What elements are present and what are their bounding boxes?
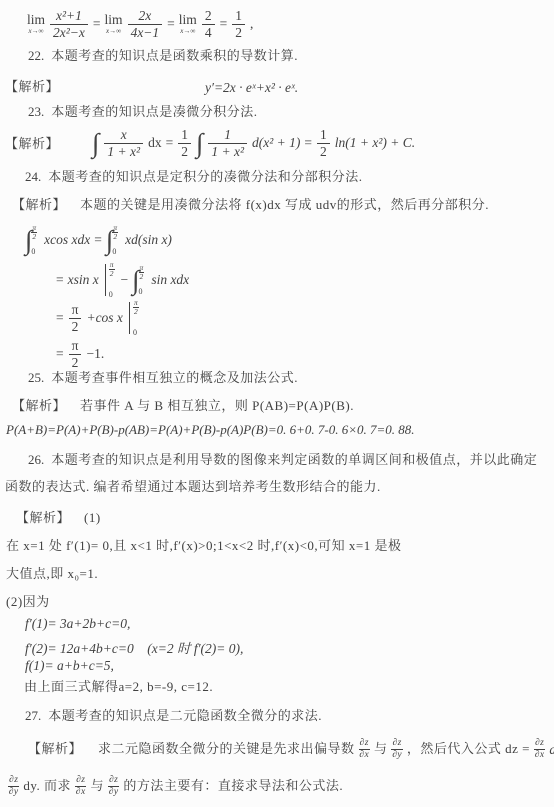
denominator: 2 [178, 143, 191, 160]
integral-bounds: π 2 0 [139, 264, 145, 296]
analysis-text: 与 [374, 741, 388, 758]
question-title: 本题考查的知识点是定积分的凑微分法和分部积分法. [48, 169, 362, 184]
q26-header-line1: 26.本题考查的知识点是利用导数的图像来判定函数的单调区间和极值点，并以此确定 [28, 452, 537, 469]
minus-sign: − [121, 272, 129, 288]
q27-header: 27.本题考查的知识点是二元隐函数全微分的求法. [25, 708, 322, 725]
bound-denominator: 2 [109, 270, 115, 278]
limit-operator: lim x→∞ [27, 13, 45, 35]
question-number: 22. [28, 48, 44, 63]
denominator: 2x²−x [50, 24, 88, 41]
analysis-text: 若事件 A 与 B 相互独立，则 P(AB)=P(A)P(B). [80, 398, 354, 413]
equals-sign: = [304, 135, 312, 151]
numerator: π [69, 338, 82, 354]
derivation-line-4: = π 2 −1. [56, 338, 104, 370]
analysis-text: dx + [549, 741, 554, 759]
upper-bound: π 2 [112, 224, 118, 242]
derivative-formula: y′=2x · eˣ+x² · eˣ. [205, 80, 298, 95]
conclusion-text: 由上面三式解得a=2, b=-9, c=12. [24, 679, 213, 694]
q22-header: 22.本题考查的知识点是函数乘积的导数计算. [28, 48, 298, 65]
lim-word: lim [105, 13, 123, 27]
q24-header: 24.本题考查的知识点是定积分的凑微分法和分部积分法. [25, 169, 363, 186]
denominator: 2 [69, 318, 82, 335]
integral-sign: ∫ [196, 131, 203, 155]
dx-term: dx [148, 135, 162, 151]
equals-sign: = [56, 346, 64, 362]
lower-bound: 0 [109, 290, 115, 299]
upper-bound: π 2 [133, 299, 139, 317]
part-number: (1) [84, 510, 101, 525]
vertical-bar [129, 302, 130, 334]
lower-bound: 0 [112, 247, 118, 256]
numerator: 2 [202, 8, 215, 24]
denominator: 1 + x² [208, 143, 247, 160]
fraction: x 1 + x² [104, 127, 143, 159]
partial-dz-dy: ∂z ∂y [108, 775, 119, 798]
q26-equation-3: f(1)= a+b+c=5, [25, 658, 114, 674]
numerator: 2x [128, 8, 163, 24]
denominator: ∂y [108, 787, 119, 798]
equals-sign: = [93, 16, 101, 32]
bound-denominator: 2 [112, 233, 118, 241]
q26-analysis-label: 【解析】(1) [16, 510, 101, 527]
question-title: 本题考查的知识点是凑微分积分法. [51, 104, 257, 119]
fraction: 1 2 [178, 127, 191, 159]
q22-analysis-label: 【解析】 [5, 79, 59, 96]
evaluation-bounds: π 2 0 [133, 299, 139, 337]
lower-bound: 0 [31, 247, 37, 256]
q23-header: 23.本题考查的知识点是凑微分积分法. [28, 104, 258, 121]
denominator: 2 [69, 354, 82, 371]
numerator: ∂z [108, 775, 119, 787]
derivation-line-1: ∫ π 2 0 xcos xdx = ∫ π 2 0 xd(sin x) [25, 224, 172, 256]
numerator: ∂z [391, 738, 402, 750]
q23-analysis-formula: ∫ x 1 + x² dx = 1 2 ∫ 1 1 + x² d(x² + 1)… [92, 127, 415, 159]
question-number: 26. [28, 452, 44, 467]
integral-sign: ∫ [92, 131, 99, 155]
evaluation-bounds: π 2 0 [109, 261, 115, 299]
numerator: x [104, 127, 143, 143]
evaluation-bar: π 2 0 [129, 299, 139, 337]
numerator: ∂z [534, 738, 545, 750]
fraction: π 2 [69, 302, 82, 334]
equals-sign: = [167, 16, 175, 32]
document-page: lim x→∞ x²+1 2x²−x = lim x→∞ 2x 4x−1 = l… [0, 0, 554, 807]
derivation-line-2: = xsin x π 2 0 − ∫ π 2 0 sin xdx [56, 261, 189, 299]
denominator: ∂x [534, 750, 545, 761]
analysis-label: 【解析】 [12, 398, 66, 413]
question-title: 本题考查的知识点是利用导数的图像来判定函数的单调区间和极值点，并以此确定 [51, 452, 537, 467]
numerator: ∂z [75, 775, 86, 787]
equals-sign: = [56, 310, 64, 326]
numerator: π [69, 302, 82, 318]
punctuation: , [250, 16, 253, 32]
denominator: 2 [232, 24, 245, 41]
numerator: ∂z [8, 775, 19, 787]
analysis-label: 【解析】 [16, 510, 70, 525]
question-title: 本题考查的知识点是函数乘积的导数计算. [51, 48, 298, 63]
equals-sign: = [220, 16, 228, 32]
partial-dz-dx: ∂z ∂x [534, 738, 545, 761]
q25-header: 25.本题考查事件相互独立的概念及加法公式. [28, 370, 298, 387]
q25-probability-line: P(A+B)=P(A)+P(B)-p(AB)=P(A)+P(B)-p(A)P(B… [6, 422, 415, 438]
question-number: 27. [25, 708, 41, 723]
q24-analysis: 【解析】本题的关键是用凑微分法将 f(x)dx 写成 udv的形式，然后再分部积… [12, 197, 489, 214]
bound-denominator: 2 [139, 273, 145, 281]
lim-word: lim [27, 13, 45, 27]
integrand: xcos xdx [44, 232, 90, 248]
integral-with-bounds: ∫ π 2 0 [132, 264, 147, 296]
partial-dz-dy: ∂z ∂y [8, 775, 19, 798]
denominator: ∂x [75, 787, 86, 798]
partial-dz-dx: ∂z ∂x [75, 775, 86, 798]
numerator: 1 [208, 127, 247, 143]
numerator: 1 [232, 8, 245, 24]
lim-subscript: x→∞ [27, 28, 45, 35]
question-title: 本题考查事件相互独立的概念及加法公式. [51, 370, 298, 385]
analysis-text: 在 x=1 处 f′(1)= 0,且 x<1 时,f′(x)>0;1<x<2 时… [6, 538, 402, 553]
q27-analysis-line1: 【解析】 求二元隐函数全微分的关键是先求出偏导数 ∂z ∂x 与 ∂z ∂y ，… [28, 738, 554, 761]
limit-formula: lim x→∞ x²+1 2x²−x = lim x→∞ 2x 4x−1 = l… [27, 8, 253, 40]
equals-sign: = [166, 135, 174, 151]
probability-calculation: P(A+B)=P(A)+P(B)-p(AB)=P(A)+P(B)-p(A)P(B… [6, 422, 415, 437]
analysis-text: ，然后代入公式 dz = [407, 741, 530, 758]
upper-bound: π 2 [139, 264, 145, 282]
denominator: ∂x [359, 750, 370, 761]
equals-sign: = [94, 232, 102, 248]
numerator: 1 [178, 127, 191, 143]
equation: f′(1)= 3a+2b+c=0, [25, 616, 130, 631]
integral-bounds: π 2 0 [112, 224, 118, 256]
fraction: 2 4 [202, 8, 215, 40]
numerator: 1 [317, 127, 330, 143]
q26-part2-label: (2)因为 [6, 594, 50, 611]
analysis-label: 【解析】 [5, 136, 59, 151]
result-term: −1. [86, 346, 104, 362]
analysis-text: 的方法主要有：直接求导法和公式法. [123, 778, 343, 795]
analysis-label: 【解析】 [28, 741, 82, 758]
question-number: 23. [28, 104, 44, 119]
q26-header-line2: 函数的表达式. 编者希望通过本题达到培养考生数形结合的能力. [5, 479, 381, 496]
lower-bound: 0 [133, 328, 139, 337]
term: +cos x [86, 310, 122, 326]
denominator: ∂y [391, 750, 402, 761]
numerator: x²+1 [50, 8, 88, 24]
denominator: 4x−1 [128, 24, 163, 41]
q26-conclusion: 由上面三式解得a=2, b=-9, c=12. [24, 679, 213, 696]
partial-dz-dy: ∂z ∂y [391, 738, 402, 761]
question-title-continued: 函数的表达式. 编者希望通过本题达到培养考生数形结合的能力. [5, 479, 381, 494]
fraction: 1 1 + x² [208, 127, 247, 159]
q27-analysis-line2: ∂z ∂y dy. 而求 ∂z ∂x 与 ∂z ∂y 的方法主要有：直接求导法和… [6, 775, 343, 798]
fraction: 1 2 [232, 8, 245, 40]
vertical-bar [105, 264, 106, 296]
q25-analysis: 【解析】若事件 A 与 B 相互独立，则 P(AB)=P(A)P(B). [12, 398, 354, 415]
lim-word: lim [179, 13, 197, 27]
equals-sign: = [56, 272, 64, 288]
upper-bound: π 2 [109, 261, 115, 279]
analysis-text: 与 [90, 778, 104, 795]
lim-subscript: x→∞ [105, 28, 123, 35]
partial-dz-dx: ∂z ∂x [359, 738, 370, 761]
integrand: sin xdx [151, 272, 189, 288]
q23-analysis-label: 【解析】 [5, 136, 59, 153]
q26-analysis-line2: 大值点,即 x₀=1. [6, 566, 98, 583]
fraction: x²+1 2x²−x [50, 8, 88, 40]
denominator: ∂y [8, 787, 19, 798]
lower-bound: 0 [139, 287, 145, 296]
denominator: 2 [317, 143, 330, 160]
upper-bound: π 2 [31, 224, 37, 242]
q22-analysis-formula: y′=2x · eˣ+x² · eˣ. [205, 80, 298, 96]
part-number: (2)因为 [6, 594, 50, 609]
equation: f(1)= a+b+c=5, [25, 658, 114, 673]
analysis-label: 【解析】 [12, 197, 66, 212]
q26-analysis-line1: 在 x=1 处 f′(1)= 0,且 x<1 时,f′(x)>0;1<x<2 时… [6, 538, 402, 555]
question-number: 24. [25, 169, 41, 184]
q26-equation-2: f′(2)= 12a+4b+c=0 (x=2 时 f′(2)= 0), [25, 637, 243, 657]
term: xsin x [68, 272, 99, 288]
equation: f′(2)= 12a+4b+c=0 (x=2 时 f′(2)= 0), [25, 641, 243, 656]
derivation-line-3: = π 2 +cos x π 2 0 [56, 299, 141, 337]
fraction: 1 2 [317, 127, 330, 159]
limit-operator: lim x→∞ [179, 13, 197, 35]
analysis-text: 求二元隐函数全微分的关键是先求出偏导数 [98, 741, 355, 758]
analysis-label: 【解析】 [5, 79, 59, 94]
integrand: xd(sin x) [125, 232, 172, 248]
bound-denominator: 2 [31, 233, 37, 241]
evaluation-bar: π 2 0 [105, 261, 115, 299]
bound-denominator: 2 [133, 308, 139, 316]
fraction: 2x 4x−1 [128, 8, 163, 40]
q26-equation-1: f′(1)= 3a+2b+c=0, [25, 616, 130, 632]
question-title: 本题考查的知识点是二元隐函数全微分的求法. [48, 708, 322, 723]
differential-term: d(x² + 1) [252, 135, 300, 151]
question-number: 25. [28, 370, 44, 385]
lim-subscript: x→∞ [179, 28, 197, 35]
fraction: π 2 [69, 338, 82, 370]
result-term: ln(1 + x²) + C. [335, 135, 415, 151]
limit-operator: lim x→∞ [105, 13, 123, 35]
denominator: 1 + x² [104, 143, 143, 160]
analysis-text: dy. 而求 [23, 778, 71, 795]
analysis-text: 本题的关键是用凑微分法将 f(x)dx 写成 udv的形式，然后再分部积分. [80, 197, 489, 212]
integral-bounds: π 2 0 [31, 224, 37, 256]
integral-with-bounds: ∫ π 2 0 [25, 224, 40, 256]
denominator: 4 [202, 24, 215, 41]
analysis-text: 大值点,即 x₀=1. [6, 566, 98, 581]
numerator: ∂z [359, 738, 370, 750]
integral-with-bounds: ∫ π 2 0 [106, 224, 121, 256]
